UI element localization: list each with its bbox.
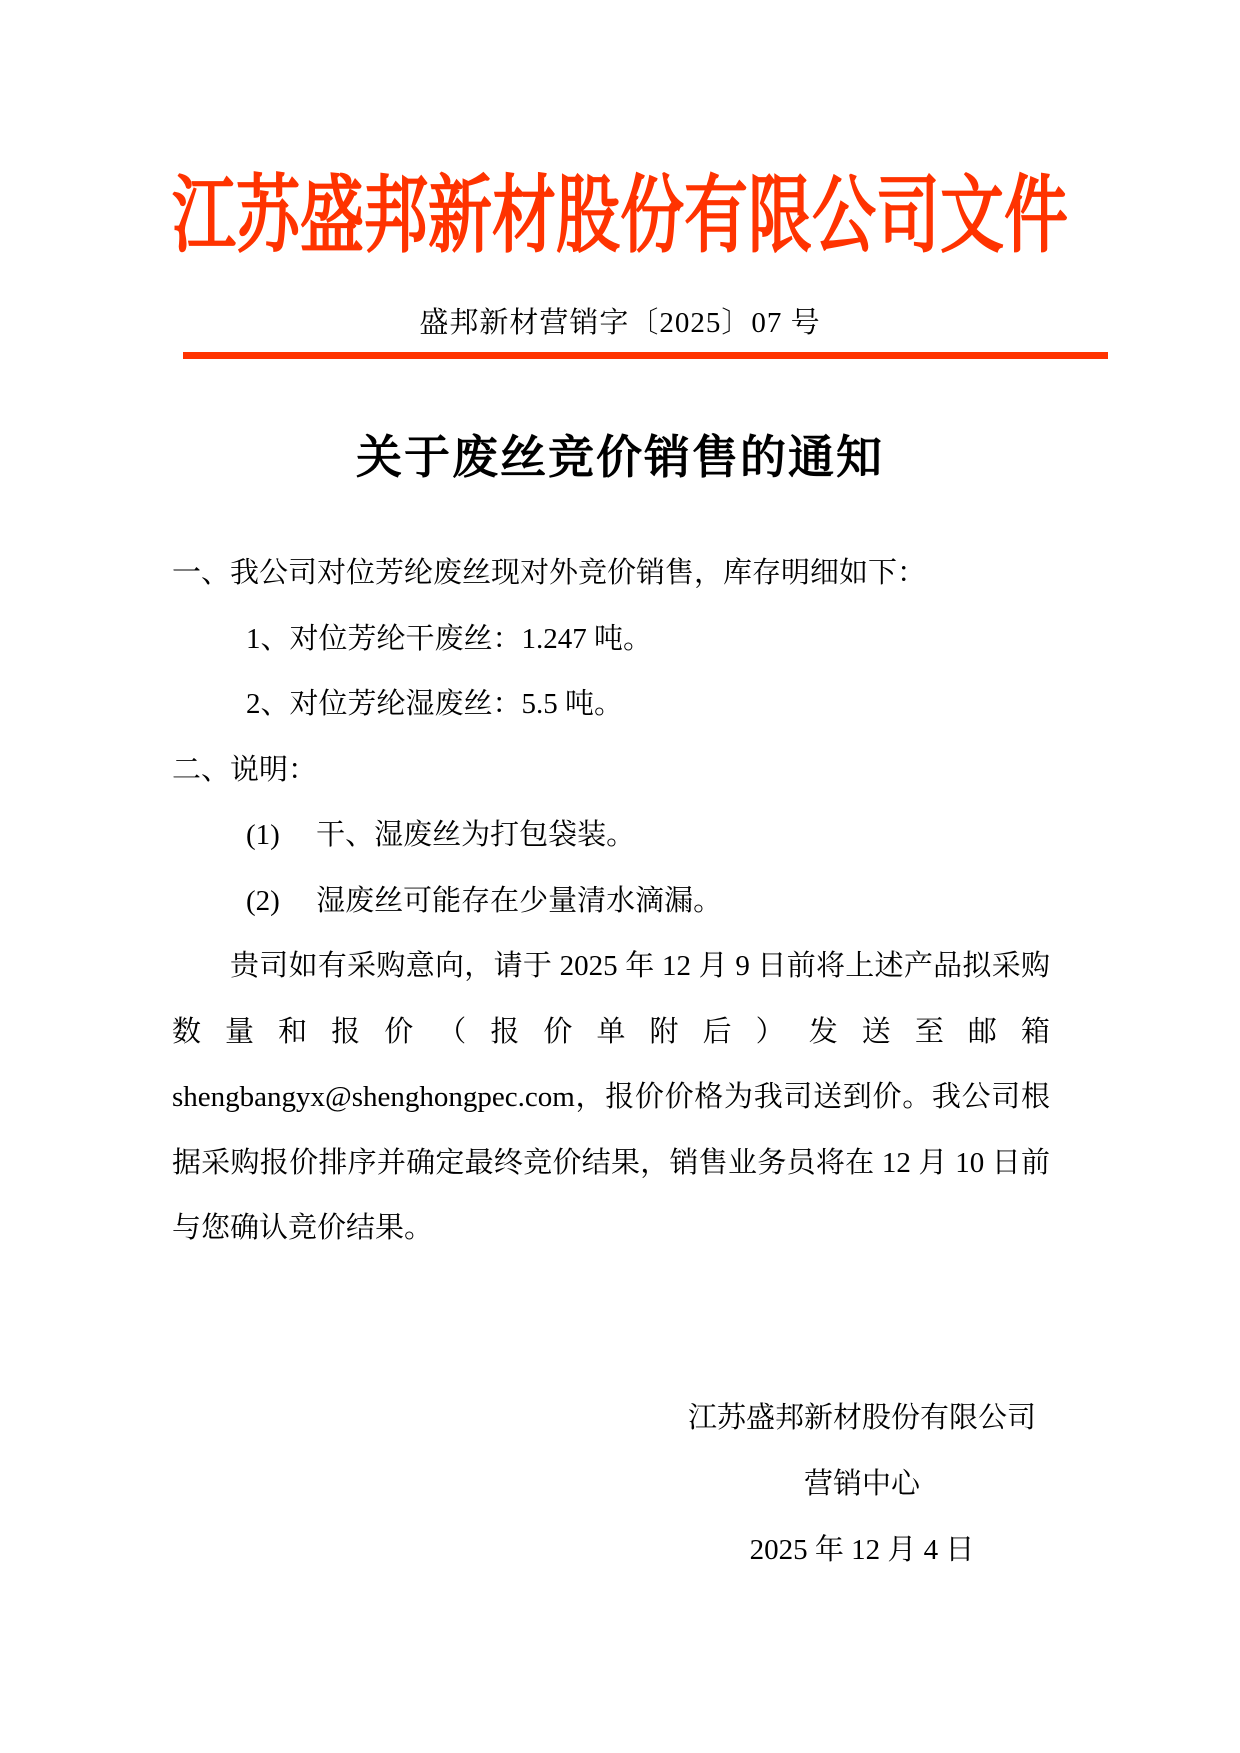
section-1-heading: 一、我公司对位芳纶废丝现对外竞价销售，库存明细如下： — [172, 541, 1050, 607]
closing-paragraph-line-2: 数量和报价（报价单附后）发送至邮箱 — [172, 1000, 1050, 1066]
closing-paragraph-line-4: 据采购报价排序并确定最终竞价结果，销售业务员将在 12 月 10 日前 — [172, 1131, 1050, 1197]
red-divider-line — [183, 352, 1108, 359]
note-1: (1) 干、湿废丝为打包袋装。 — [172, 803, 1050, 869]
closing-paragraph-line-3: shengbangyx@shenghongpec.com，报价价格为我司送到价。… — [172, 1065, 1050, 1131]
signature-company: 江苏盛邦新材股份有限公司 — [492, 1385, 1232, 1451]
closing-paragraph-line-5: 与您确认竞价结果。 — [172, 1196, 1050, 1262]
signature-block: 江苏盛邦新材股份有限公司 营销中心 2025 年 12 月 4 日 — [492, 1385, 1232, 1583]
document-title: 关于废丝竞价销售的通知 — [0, 421, 1240, 487]
closing-paragraph-line-1: 贵司如有采购意向，请于 2025 年 12 月 9 日前将上述产品拟采购 — [172, 934, 1050, 1000]
document-body: 一、我公司对位芳纶废丝现对外竞价销售，库存明细如下： 1、对位芳纶干废丝：1.2… — [172, 541, 1050, 1262]
signature-department: 营销中心 — [492, 1451, 1232, 1517]
signature-date: 2025 年 12 月 4 日 — [492, 1517, 1232, 1583]
company-file-header: 江苏盛邦新材股份有限公司文件 — [0, 148, 1240, 269]
note-2: (2) 湿废丝可能存在少量清水滴漏。 — [172, 869, 1050, 935]
inventory-item-1: 1、对位芳纶干废丝：1.247 吨。 — [172, 607, 1050, 673]
inventory-item-2: 2、对位芳纶湿废丝：5.5 吨。 — [172, 672, 1050, 738]
doc-number: 盛邦新材营销字〔2025〕07 号 — [0, 300, 1240, 341]
document-page: 江苏盛邦新材股份有限公司文件 盛邦新材营销字〔2025〕07 号 关于废丝竞价销… — [0, 0, 1240, 1753]
section-2-heading: 二、说明： — [172, 738, 1050, 804]
